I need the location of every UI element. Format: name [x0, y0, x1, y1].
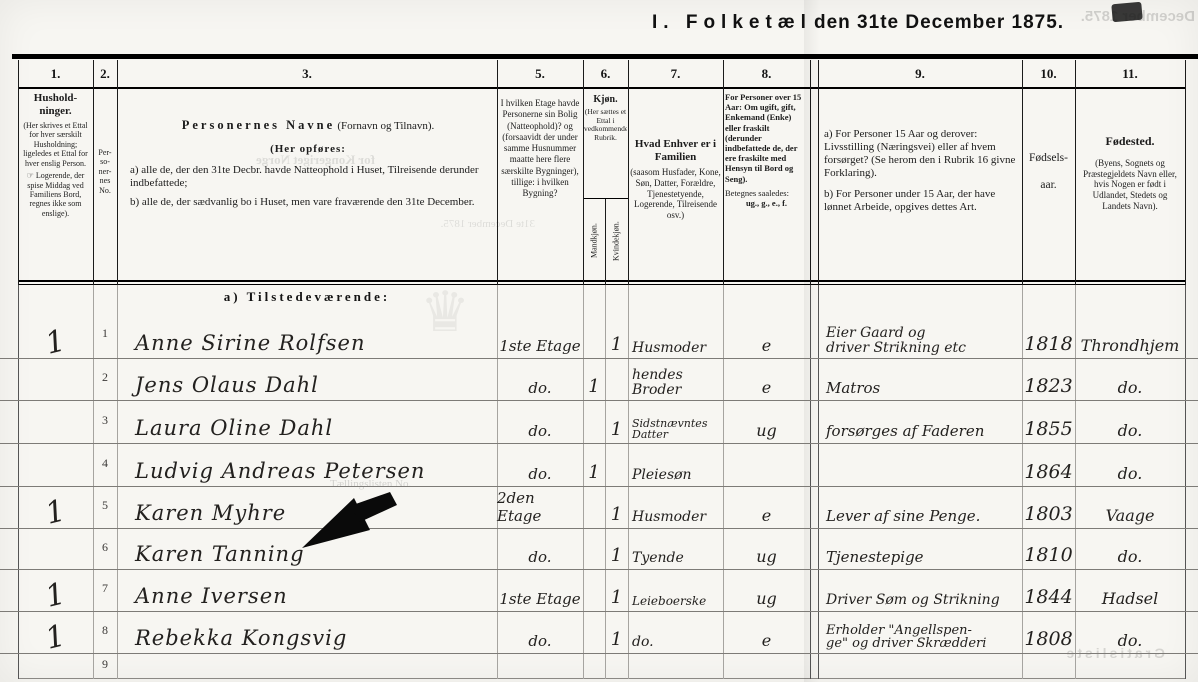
- section-label: a) Tilstedeværende:: [117, 289, 497, 305]
- column-number: 1.: [18, 62, 93, 86]
- header-item-b: b) For Personer under 15 Aar, der have l…: [824, 188, 1016, 214]
- marital-status: e: [723, 486, 810, 528]
- birth-year: 1864: [1022, 443, 1075, 486]
- header-number-rule: [18, 87, 1185, 89]
- floor-value: do.: [497, 358, 583, 400]
- subheader-female: Kvindekjøn.: [605, 199, 627, 283]
- header-note: (saasom Husfader, Kone, Søn, Datter, For…: [630, 167, 721, 219]
- table-row: 2 Jens Olaus Dahl do. 1 hendes Broder e …: [0, 358, 1198, 401]
- header-codes: ug., g., e., f.: [725, 198, 808, 208]
- column-header-family-role: Hvad Enhver er i Familien (saasom Husfad…: [630, 90, 721, 282]
- male-mark: [583, 312, 605, 358]
- birth-year: 1844: [1022, 569, 1075, 611]
- occupation: Erholder "Angellspen-ge" og driver Skræd…: [818, 611, 1022, 653]
- person-name: Ludvig Andreas Petersen: [117, 443, 497, 486]
- male-mark: 1: [583, 358, 605, 400]
- male-mark: [583, 400, 605, 443]
- person-name: Anne Iversen: [117, 569, 497, 611]
- header-subtitle: (Her opføres:: [130, 143, 486, 156]
- male-mark: [583, 569, 605, 611]
- header-title: Kjøn.: [584, 94, 627, 106]
- female-mark: 1: [605, 486, 628, 528]
- person-number: 9: [93, 653, 117, 678]
- marital-status: ug: [723, 400, 810, 443]
- family-role: SidstnævntesDatter: [628, 400, 723, 443]
- column-number: 2.: [93, 62, 117, 86]
- female-mark: 1: [605, 400, 628, 443]
- header-item-a: a) For Personer 15 Aar og derover: Livss…: [824, 128, 1016, 180]
- family-role: Husmoder: [628, 486, 723, 528]
- person-number: 2: [93, 358, 117, 400]
- person-number: 7: [93, 569, 117, 611]
- column-header-names: Personernes Navne (Fornavn og Tilnavn). …: [130, 90, 486, 282]
- person-name: Rebekka Kongsvig: [117, 611, 497, 653]
- table-row: 1 1 Anne Sirine Rolfsen 1ste Etage 1 Hus…: [0, 312, 1198, 359]
- table-row: 1 8 Rebekka Kongsvig do. 1 do. e Erholde…: [0, 611, 1198, 654]
- occupation: Eier Gaard ogdriver Strikning etc: [818, 312, 1022, 358]
- birthplace: Throndhjem: [1075, 312, 1185, 358]
- household-mark: [18, 443, 93, 486]
- birthplace: Vaage: [1075, 486, 1185, 528]
- table-row: 1 7 Anne Iversen 1ste Etage 1 Leieboersk…: [0, 569, 1198, 612]
- grid-line: [497, 60, 498, 285]
- header-title: Fødested.: [1078, 134, 1182, 148]
- header-note: (Byens, Sognets og Præstegjeldets Navn e…: [1083, 158, 1177, 210]
- occupation: Matros: [818, 358, 1022, 400]
- family-role: do.: [628, 611, 723, 653]
- pointing-hand-icon: ☞: [27, 171, 34, 180]
- floor-value: 2den Etage: [497, 486, 583, 528]
- family-role: hendes Broder: [628, 358, 723, 400]
- column-header-marital-status: For Personer over 15 Aar: Om ugift, gift…: [725, 90, 808, 282]
- header-item-a: a) alle de, der den 31te Decbr. havde Na…: [130, 164, 486, 190]
- header-title-paren: (Fornavn og Tilnavn).: [337, 120, 434, 132]
- header-text: For Personer over 15 Aar: Om ugift, gift…: [725, 92, 808, 184]
- header-title: Personernes Navne: [182, 118, 335, 132]
- birth-year: 1855: [1022, 400, 1075, 443]
- household-mark: [18, 358, 93, 400]
- person-number: 5: [93, 486, 117, 528]
- table-row: 6 Karen Tanning do. 1 Tyende ug Tjeneste…: [0, 528, 1198, 570]
- column-number: 8.: [723, 62, 810, 86]
- top-rule: [12, 54, 1198, 59]
- column-header-person-number: Per- so- ner- nes No.: [93, 90, 117, 282]
- birthplace: do.: [1075, 443, 1185, 486]
- person-name: Anne Sirine Rolfsen: [117, 312, 497, 358]
- person-number: 3: [93, 400, 117, 443]
- household-mark: 1: [18, 569, 93, 611]
- column-number: 11.: [1075, 62, 1185, 86]
- occupation: Lever af sine Penge.: [818, 486, 1022, 528]
- table-row: 4 Ludvig Andreas Petersen do. 1 Pleiesøn…: [0, 443, 1198, 487]
- person-number: 4: [93, 443, 117, 486]
- birth-year: 1823: [1022, 358, 1075, 400]
- header-bet: Betegnes saaledes:: [725, 188, 808, 198]
- header-note: (Her sættes et Ettal i vedkommende Rubri…: [584, 107, 627, 143]
- occupation: forsørges af Faderen: [818, 400, 1022, 443]
- marital-status: e: [723, 312, 810, 358]
- female-mark: 1: [605, 528, 628, 569]
- subheader-male: Mandkjøn.: [583, 199, 605, 283]
- birthplace: do.: [1075, 358, 1185, 400]
- male-mark: 1: [583, 443, 605, 486]
- column-number: 9.: [818, 62, 1022, 86]
- column-number: 7.: [628, 62, 723, 86]
- family-role: Husmoder: [628, 312, 723, 358]
- header-bottom-rule-2: [18, 284, 1185, 285]
- household-mark: 1: [18, 486, 93, 528]
- page-title-left: I. Folketæl: [652, 12, 812, 34]
- floor-value: do.: [497, 400, 583, 443]
- marital-status: ug: [723, 528, 810, 569]
- column-header-birth-year: Fødsels- aar.: [1022, 90, 1075, 282]
- table-row: 3 Laura Oline Dahl do. 1 SidstnævntesDat…: [0, 400, 1198, 444]
- column-header-birthplace: Fødested. (Byens, Sognets og Præstegjeld…: [1078, 90, 1182, 282]
- marital-status: [723, 443, 810, 486]
- table-row: 9: [0, 653, 1198, 678]
- family-role: Leieboerske: [628, 569, 723, 611]
- ink-blot: [1111, 2, 1142, 23]
- female-mark: [605, 443, 628, 486]
- column-header-occupation: a) For Personer 15 Aar og derover: Livss…: [824, 90, 1016, 282]
- floor-value: 1ste Etage: [497, 569, 583, 611]
- grid-line: [117, 60, 118, 285]
- birthplace: Hadsel: [1075, 569, 1185, 611]
- birth-year: 1803: [1022, 486, 1075, 528]
- page-title-right: den 31te December 1875.: [814, 12, 1064, 34]
- female-mark: 1: [605, 312, 628, 358]
- birthplace: do.: [1075, 611, 1185, 653]
- birth-year: 1808: [1022, 611, 1075, 653]
- header-item-b: b) alle de, der sædvanlig bo i Huset, me…: [130, 196, 486, 209]
- grid-line: [18, 60, 19, 285]
- sex-subcolumns: Mandkjøn. Kvindekjøn.: [583, 199, 628, 283]
- column-header-households: Hushold- ninger. (Her skrives et Ettal f…: [20, 90, 91, 282]
- person-name: Jens Olaus Dahl: [117, 358, 497, 400]
- marital-status: ug: [723, 569, 810, 611]
- male-mark: [583, 611, 605, 653]
- occupation: [818, 443, 1022, 486]
- floor-value: do.: [497, 528, 583, 569]
- table-row: 1 5 Karen Myhre 2den Etage 1 Husmoder e …: [0, 486, 1198, 529]
- floor-value: do.: [497, 611, 583, 653]
- header-title: Hushold- ninger.: [20, 92, 91, 118]
- person-number: 8: [93, 611, 117, 653]
- grid-line: [723, 60, 724, 285]
- household-mark: [18, 400, 93, 443]
- annotation-arrow-icon: [298, 492, 398, 552]
- person-name: Laura Oline Dahl: [117, 400, 497, 443]
- header-title: Hvad Enhver er i Familien: [630, 138, 721, 163]
- birthplace: do.: [1075, 400, 1185, 443]
- household-mark: [18, 528, 93, 569]
- grid-line: [1185, 60, 1186, 285]
- column-number: 10.: [1022, 62, 1075, 86]
- column-header-floor: I hvilken Etage havde Personerne sin Bol…: [499, 90, 581, 282]
- occupation: Driver Søm og Strikning: [818, 569, 1022, 611]
- column-number: 5.: [497, 62, 583, 86]
- census-page-scan: I. Folketæl den 31te December 1875. Dece…: [0, 0, 1198, 682]
- household-mark: 1: [18, 611, 93, 653]
- person-number: 6: [93, 528, 117, 569]
- male-mark: [583, 486, 605, 528]
- occupation: Tjenestepige: [818, 528, 1022, 569]
- family-role: Tyende: [628, 528, 723, 569]
- column-number: 3.: [117, 62, 497, 86]
- header-note: (Her skrives et Ettal for hver særskilt …: [23, 121, 88, 168]
- household-mark: 1: [18, 312, 93, 358]
- column-number: 6.: [583, 62, 628, 86]
- floor-value: do.: [497, 443, 583, 486]
- birthplace: do.: [1075, 528, 1185, 569]
- female-mark: 1: [605, 611, 628, 653]
- male-mark: [583, 528, 605, 569]
- header-note: Logerende, der spise Middag ved Familien…: [27, 171, 84, 218]
- family-role: Pleiesøn: [628, 443, 723, 486]
- female-mark: 1: [605, 569, 628, 611]
- grid-line: [1075, 60, 1076, 285]
- birth-year: 1818: [1022, 312, 1075, 358]
- floor-value: 1ste Etage: [497, 312, 583, 358]
- grid-line: [628, 60, 629, 285]
- bottom-rule: [18, 678, 1185, 679]
- marital-status: e: [723, 611, 810, 653]
- person-number: 1: [93, 312, 117, 358]
- female-mark: [605, 358, 628, 400]
- birth-year: 1810: [1022, 528, 1075, 569]
- marital-status: e: [723, 358, 810, 400]
